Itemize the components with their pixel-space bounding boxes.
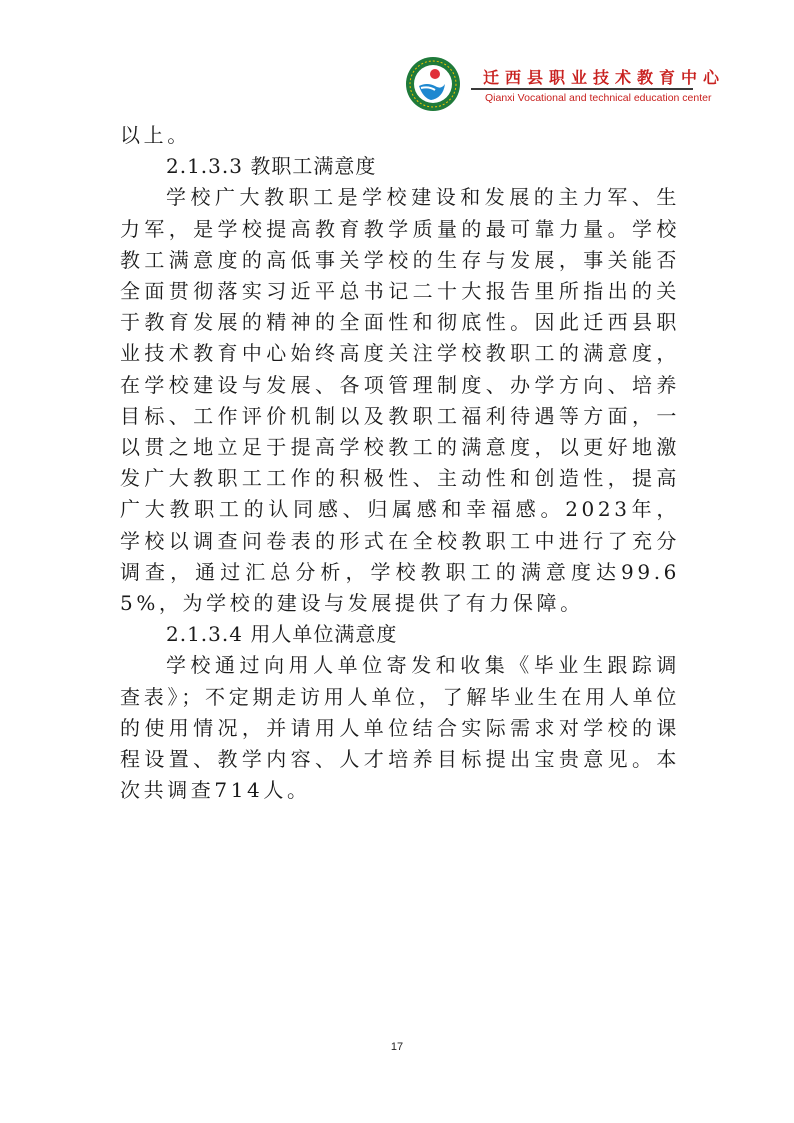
- section-heading-staff-satisfaction: 2.1.3.3 教职工满意度: [120, 151, 680, 182]
- paragraph-staff-satisfaction: 学校广大教职工是学校建设和发展的主力军、生力军，是学校提高教育教学质量的最可靠力…: [120, 182, 680, 619]
- document-body: 以上。 2.1.3.3 教职工满意度 学校广大教职工是学校建设和发展的主力军、生…: [120, 120, 680, 806]
- header-divider: [471, 88, 693, 90]
- page-number: 17: [0, 1041, 794, 1053]
- paragraph-employer-satisfaction: 学校通过向用人单位寄发和收集《毕业生跟踪调查表》；不定期走访用人单位，了解毕业生…: [120, 650, 680, 806]
- page-header: 迁西县职业技术教育中心 Qianxi Vocational and techni…: [405, 56, 695, 116]
- continuation-text: 以上。: [120, 120, 680, 151]
- institution-name-cn: 迁西县职业技术教育中心: [483, 65, 725, 88]
- section-heading-employer-satisfaction: 2.1.3.4 用人单位满意度: [120, 619, 680, 650]
- school-emblem-icon: [405, 56, 461, 112]
- institution-name-en: Qianxi Vocational and technical educatio…: [485, 92, 711, 104]
